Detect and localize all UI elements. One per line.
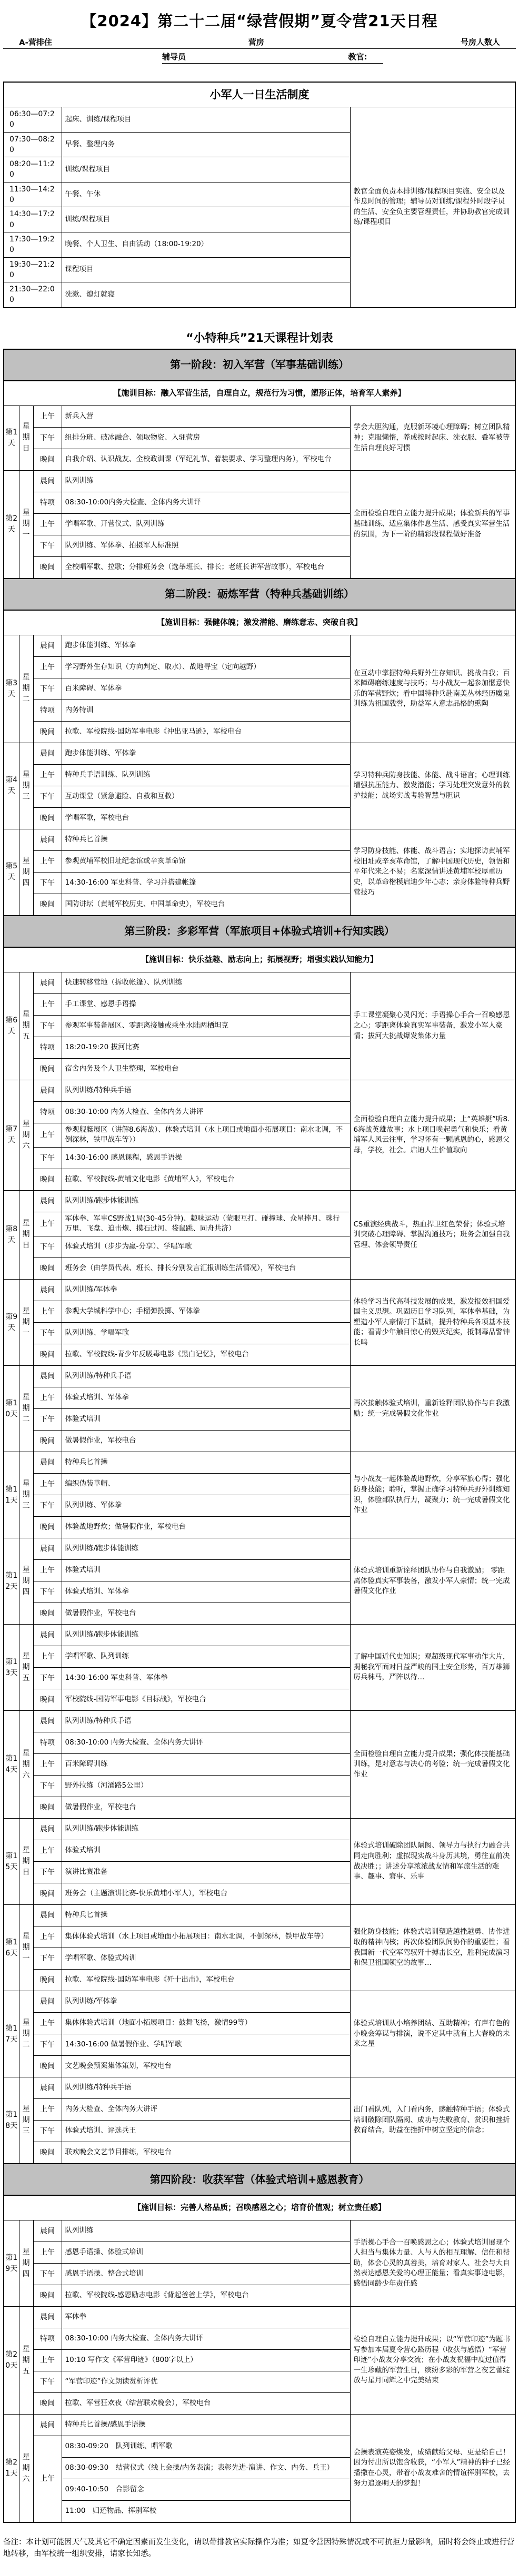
activity-cell: 体验战地野炊；做暑假作业，军校电台	[62, 1517, 350, 1538]
period-cell: 晚间	[33, 556, 62, 579]
period-cell: 特项	[33, 699, 62, 721]
activity-cell: 特种兵手语训练、队列训练	[62, 764, 350, 786]
note-cell: 学习特种兵防身技能、体能、战斗语言；心理训练增强抗压能力、激发潜能；学习处理突发…	[350, 743, 515, 829]
activity-cell: 队列训练/跑步体能训练	[62, 1538, 350, 1560]
note-cell: 全面检验自理自立能力提升成果；上“英雄艇”听8.6海战英雄故事；水上项目唤起勇气…	[350, 1080, 515, 1190]
activity-cell: 拉歌、军校院线-感恩励志电影《背起爸爸上学》，军校电台	[62, 2285, 350, 2307]
activity-cell: 内务大检查、全体内务大讲评	[62, 2099, 350, 2121]
activity-cell: 自我介绍、认识战友、全校政训课（军纪礼节、着装要求、学习整理内务），军校电台	[62, 449, 350, 470]
activity-cell: 学习野外生存知识（方向判定、取水）、战地寻宝（定向越野）	[62, 656, 350, 678]
period-cell: 上午	[33, 2013, 62, 2034]
phase-header: 第一阶段：初入军营（军事基础训练）	[4, 349, 515, 381]
routine-activity: 午餐、午休	[62, 182, 350, 207]
period-cell: 下午	[33, 2264, 62, 2285]
period-cell: 特项	[33, 2328, 62, 2350]
phase-goal: 【施训目标：强健体魄；激发潜能、磨练意志、突破自我】	[4, 610, 515, 635]
activity-cell: 学唱军歌、队列训练	[62, 1646, 350, 1668]
activity-cell: 队列训练/军体拳	[62, 1991, 350, 2013]
week-cell: 星期五	[19, 2307, 33, 2415]
activity-cell: 跑步体能训练、军体拳	[62, 743, 350, 764]
day-cell: 第21天	[4, 2415, 19, 2523]
note-cell: 体验式培训破除团队隔阂、领导力与执行力融合共同走向胜利；虚拟现实战斗身历其境，勇…	[350, 1819, 515, 1905]
counselor-label: 辅导员	[162, 51, 186, 62]
instructor-label: 教官:	[348, 51, 367, 62]
plan-footnote: 备注：本计划可能因天气及其它不确定因素而发生变化，请以带排教官实际操作为准；如夏…	[3, 2537, 516, 2560]
fill-field-room: 号房	[461, 36, 476, 47]
day-cell: 第17天	[4, 1991, 19, 2077]
routine-title-row: 小军人一日生活制度	[4, 82, 515, 107]
period-cell: 晨间	[33, 470, 62, 492]
activity-cell: 08:30-10:00 内务大检查、全体内务大讲评	[62, 2328, 350, 2350]
routine-activity: 训练/课程项目	[62, 157, 350, 182]
plan-title: “小特种兵”21天课程计划表	[3, 329, 516, 346]
activity-cell: 体验式培训、评选兵王	[62, 2121, 350, 2142]
period-cell: 晚间	[33, 1603, 62, 1625]
activity-cell: “军营印迹”作文朗读赏析评优	[62, 2371, 350, 2393]
period-cell: 上午	[33, 1560, 62, 1581]
period-cell: 晚间	[33, 1797, 62, 1819]
period-cell: 晚间	[33, 1344, 62, 1366]
activity-cell: 队列训练/特种兵手语	[62, 1080, 350, 1101]
routine-body: 小军人一日生活制度 06:30—07:20起床、训练/课程项目教官全面负责本排训…	[4, 82, 515, 308]
routine-time: 11:30—14:20	[4, 182, 62, 207]
activity-cell: 特种兵匕首操	[62, 1452, 350, 1474]
activity-cell: 队列训练/跑步体能训练	[62, 1190, 350, 1212]
day-cell: 第9天	[4, 1280, 19, 1366]
fill-field-barracks: 营房	[52, 36, 461, 47]
day-cell: 第5天	[4, 829, 19, 916]
document-title: 【2024】第二十二届“绿营假期”夏令营21天日程	[3, 9, 516, 31]
week-cell: 星期二	[19, 1366, 33, 1452]
activity-cell: 拉歌、军校院线-青少年反吸毒电影《黑白记忆》，军校电台	[62, 1344, 350, 1366]
fill-field-live: 住	[44, 36, 52, 47]
routine-time: 14:30—17:20	[4, 207, 62, 232]
activity-cell: 体验式培训	[62, 1409, 350, 1431]
activity-cell: 拉歌、军营狂欢夜（结营联欢晚会），军校电台	[62, 2393, 350, 2415]
activity-cell: 队列训练、军体拳、拍摄军人标准照	[62, 535, 350, 556]
period-cell: 下午	[33, 2121, 62, 2142]
activity-cell: 全校唱军歌、拉歌；分排班务会（选举班长、排长；老班长讲军营故事），军校电台	[62, 556, 350, 579]
routine-time: 19:30—21:20	[4, 257, 62, 282]
period-cell: 晚间	[33, 449, 62, 470]
period-cell: 晚间	[33, 1169, 62, 1190]
plan-table: 第一阶段：初入军营（军事基础训练）【施训目标：融入军营生活，自理自立，规范行为习…	[3, 349, 516, 2523]
note-cell: 学习防身技能、体能、战斗语言；实地探访黄埔军校旧址或辛亥革命馆，了解中国现代历史…	[350, 829, 515, 916]
activity-cell: 感恩手语操、体验式培训	[62, 2242, 350, 2264]
phase-header: 第三阶段：多彩军营（军旅项目+体验式培训+行知实践）	[4, 916, 515, 947]
activity-cell: 08:30-10:00内务大检查、全体内务大讲评	[62, 492, 350, 513]
period-cell: 晚间	[33, 1258, 62, 1280]
day-cell: 第11天	[4, 1452, 19, 1538]
period-cell: 晚间	[33, 1883, 62, 1905]
period-cell: 晨间	[33, 1819, 62, 1840]
period-cell: 下午	[33, 1581, 62, 1603]
activity-cell: 参观大学城科学中心；手榴弹投掷、军体拳	[62, 1301, 350, 1323]
week-cell: 星期六	[19, 1711, 33, 1819]
fill-field-count: 人数	[476, 36, 492, 47]
day-cell: 第7天	[4, 1080, 19, 1190]
period-cell: 晨间	[33, 1711, 62, 1732]
routine-time: 08:20—11:20	[4, 157, 62, 182]
activity-cell: 百米障碍训练	[62, 1754, 350, 1776]
note-cell: 全面检验自理自立能力提升成果；体验新兵的军事基础训练、适应集体作息生活、感受真实…	[350, 470, 515, 579]
period-cell: 晚间	[33, 807, 62, 829]
period-cell: 上午	[33, 405, 62, 427]
period-cell: 晨间	[33, 1280, 62, 1301]
routine-activity: 洗漱、熄灯就寝	[62, 282, 350, 308]
note-cell: 体验式培训从小培养团结、互助精神；有声有色的小晚会筹谋与排演，说不定其中就有上大…	[350, 1991, 515, 2077]
day-cell: 第1天	[4, 405, 19, 470]
period-cell: 晨间	[33, 1538, 62, 1560]
period-cell: 下午	[33, 1147, 62, 1169]
routine-note: 教官全面负责本排训练/课程项目实施、安全以及作息时间的管理；辅导员对训练/课程外…	[350, 107, 515, 308]
daily-routine-table: 小军人一日生活制度 06:30—07:20起床、训练/课程项目教官全面负责本排训…	[3, 82, 516, 308]
activity-cell: 18:20-19:20 拔河比赛	[62, 1037, 350, 1058]
activity-cell: 14:30-16:00 感恩课程，感恩手语操	[62, 1147, 350, 1169]
period-cell: 下午	[33, 1495, 62, 1517]
activity-cell: 队列训练/特种兵手语	[62, 1711, 350, 1732]
day-cell: 第16天	[4, 1905, 19, 1991]
activity-cell: 特种兵匕首操	[62, 1905, 350, 1926]
week-cell: 星期二	[19, 1991, 33, 2077]
activity-cell: 军体拳、军事CS野战1局(30-45分钟)、趣味运动（蒙眼互打、碰撞球、众星捧月…	[62, 1212, 350, 1236]
note-cell: 手工课堂凝聚心灵闪光；手语操心手合一召唤感恩之心；零距离体验真实军事装备，激发小…	[350, 972, 515, 1080]
activity-cell: 队列训练/跑步体能训练	[62, 1625, 350, 1646]
period-cell: 下午	[33, 1948, 62, 1970]
period-cell: 下午	[33, 1015, 62, 1037]
activity-cell: 做暑假作业，军校电台	[62, 1603, 350, 1625]
period-cell: 晨间	[33, 743, 62, 764]
note-cell: 会操表演英姿焕发，成绩献给父母、更是给自己！因为付出所以饱含收获，“小军人”精神…	[350, 2415, 515, 2523]
activity-cell: 百米障碍、军体拳	[62, 678, 350, 699]
period-cell: 上午	[33, 1474, 62, 1495]
activity-cell: 队列训练/特种兵手语	[62, 1366, 350, 1387]
period-cell: 晨间	[33, 1905, 62, 1926]
phase-goal: 【施训目标：完善人格品质；召唤感恩之心；培育价值观；树立责任感】	[4, 2195, 515, 2220]
week-cell: 星期四	[19, 829, 33, 916]
activity-cell: 10:10 写作文《军营印迹》（800字以上）	[62, 2350, 350, 2371]
week-cell: 星期四	[19, 1538, 33, 1625]
period-cell: 晚间	[33, 1689, 62, 1711]
activity-cell: 队列训练、军体拳	[62, 1495, 350, 1517]
note-cell: 体验学习当代高科技发展的成果，激发报效祖国爱国主义思想。巩固历日学习队列，军体拳…	[350, 1280, 515, 1366]
activity-cell: 军体拳	[62, 2307, 350, 2328]
activity-cell: 08:30-09:30 结营仪式（线上会操/内务表演；表彰先进-演讲、作文、内务…	[62, 2458, 350, 2479]
activity-cell: 体验式培训	[62, 1560, 350, 1581]
activity-cell: 队列训练	[62, 470, 350, 492]
fill-field-camp: 营	[28, 36, 36, 47]
period-cell: 下午	[33, 427, 62, 449]
period-cell: 上午	[33, 993, 62, 1015]
week-cell: 星期二	[19, 635, 33, 743]
day-cell: 第14天	[4, 1711, 19, 1819]
period-cell: 下午	[33, 786, 62, 807]
activity-cell: 集体体验式培训（地面小拓展项目：鼓舞飞扬，激情99等）	[62, 2013, 350, 2034]
activity-cell: 特种兵匕首操/感恩手语操	[62, 2415, 350, 2436]
period-cell: 下午	[33, 1668, 62, 1689]
fill-field-a: A-	[19, 38, 28, 47]
day-cell: 第8天	[4, 1190, 19, 1279]
routine-activity: 晚餐、个人卫生、自由活动（18:00-19:20）	[62, 232, 350, 257]
period-cell: 晚间	[33, 721, 62, 743]
note-cell: 强化防身技能；体验式培训塑造越挫越勇、协作进取的精神内核；再次体验团队间协作的重…	[350, 1905, 515, 1991]
period-cell: 上午	[33, 2242, 62, 2264]
header-fill-line: A- 营 排 住 营房 号房 人数 人	[3, 36, 516, 49]
activity-cell: 体验式培训（步步为赢-分享）、学唱军歌	[62, 1236, 350, 1258]
activity-cell: 09:40-10:50 合影留念	[62, 2479, 350, 2501]
activity-cell: 互动课堂（紧急避险、自救和互救）	[62, 786, 350, 807]
activity-cell: 参观军事装备展区、零距离接触或乘坐水陆两栖坦克	[62, 1015, 350, 1037]
period-cell: 下午	[33, 2371, 62, 2393]
activity-cell: 学唱军歌、开营仪式、队列训练	[62, 513, 350, 535]
period-cell: 上午	[33, 513, 62, 535]
activity-cell: 08:30-09:20 队列训练、唱军歌	[62, 2436, 350, 2458]
activity-cell: 演讲比赛准备	[62, 1862, 350, 1883]
period-cell: 晚间	[33, 2142, 62, 2164]
activity-cell: 08:30-10:00 内务大检查、全体内务大讲评	[62, 1732, 350, 1754]
plan-body: 第一阶段：初入军营（军事基础训练）【施训目标：融入军营生活，自理自立，规范行为习…	[4, 349, 515, 2522]
phase-goal: 【施训目标：融入军营生活，自理自立，规范行为习惯，塑形正体，培育军人素养】	[4, 381, 515, 406]
activity-cell: 队列训练/特种兵手语	[62, 2077, 350, 2099]
period-cell: 下午	[33, 2034, 62, 2056]
activity-cell: 11:00 归还物品、挥别军校	[62, 2501, 350, 2523]
week-cell: 星期四	[19, 2220, 33, 2307]
week-cell: 星期日	[19, 1190, 33, 1279]
day-cell: 第15天	[4, 1819, 19, 1905]
period-cell: 下午	[33, 535, 62, 556]
activity-cell: 14:30-16:00 军史科普、军体拳	[62, 1668, 350, 1689]
activity-cell: 集体体验式培训（水上项目或地面小拓展项目：南水北调，不倒深林，铁甲战车等）	[62, 1926, 350, 1948]
period-cell: 特项	[33, 1037, 62, 1058]
note-cell: 手语操心手合一召唤感恩之心；体验式培训展现个人担当与集体力量、人与人的相互理解、…	[350, 2220, 515, 2307]
activity-cell: 队列训练/跑步体能训练	[62, 1819, 350, 1840]
week-cell: 星期五	[19, 972, 33, 1080]
activity-cell: 组排分班、破冰融合、领取物资、入驻营房	[62, 427, 350, 449]
activity-cell: 班务会（由学员代表、班长、排长分别发言汇报训练生活情况），军校电台	[62, 1258, 350, 1280]
routine-time: 21:30—22:00	[4, 282, 62, 308]
week-cell: 星期三	[19, 2077, 33, 2164]
period-cell: 上午	[33, 1926, 62, 1948]
period-cell: 下午	[33, 872, 62, 894]
period-cell: 上午	[33, 1646, 62, 1668]
period-cell: 晨间	[33, 2307, 62, 2328]
fill-field-person: 人	[492, 36, 500, 47]
note-cell: 全面检验自理自立能力提升成果；强化体技能基础训练，是对意志与决心的考验；统一完成…	[350, 1711, 515, 1819]
note-cell: 在互动中掌握特种兵野外生存知识、挑战自我；百米障碍磨练速度与技巧；与小战友一起参…	[350, 635, 515, 743]
period-cell: 上午	[33, 2436, 62, 2523]
period-cell: 上午	[33, 2350, 62, 2371]
period-cell: 晚间	[33, 1058, 62, 1080]
period-cell: 上午	[33, 1123, 62, 1147]
phase-goal: 【施训目标：快乐益趣、励志向上；拓展视野；增强实践认知能力】	[4, 947, 515, 972]
activity-cell: 感恩手语操、整合式培训	[62, 2264, 350, 2285]
note-cell: 与小战友一起体验战地野炊，分享军旅心得；强化防身技能；聆听，掌握正确学习特种兵野…	[350, 1452, 515, 1538]
activity-cell: 14:30-16:00 做暑假作业、学唱军歌	[62, 2034, 350, 2056]
activity-cell: 宿舍内务及个人卫生整理，军校电台	[62, 1058, 350, 1080]
period-cell: 晨间	[33, 2415, 62, 2436]
activity-cell: 08:30-10:00 内务大检查、全体内务大讲评	[62, 1101, 350, 1123]
activity-cell: 队列训练、学唱军歌	[62, 1323, 350, 1344]
period-cell: 上午	[33, 1840, 62, 1862]
routine-activity: 早餐、整理内务	[62, 132, 350, 157]
activity-cell: 体验式培训、军体拳	[62, 1581, 350, 1603]
activity-cell: 特种兵匕首操	[62, 829, 350, 850]
period-cell: 下午	[33, 1323, 62, 1344]
activity-cell: 班务会（主题演讲比赛-快乐黄埔小军人），军校电台	[62, 1883, 350, 1905]
period-cell: 晚间	[33, 1970, 62, 1991]
period-cell: 上午	[33, 850, 62, 872]
period-cell: 晨间	[33, 1991, 62, 2013]
period-cell: 上午	[33, 1387, 62, 1409]
period-cell: 下午	[33, 1862, 62, 1883]
routine-row: 06:30—07:20起床、训练/课程项目教官全面负责本排训练/课程项目实施、安…	[4, 107, 515, 133]
activity-cell: 做暑假作业，军校电台	[62, 1431, 350, 1452]
period-cell: 上午	[33, 656, 62, 678]
note-cell: CS重演经典战斗，热血捍卫红色荣誉；体验式培训突破心理障碍、掌握沟通技巧；班务会…	[350, 1190, 515, 1279]
week-cell: 星期一	[19, 470, 33, 579]
header-fill-line-2: 辅导员 教官:	[3, 49, 516, 64]
routine-time: 07:30—08:20	[4, 132, 62, 157]
routine-activity: 训练/课程项目	[62, 207, 350, 232]
activity-cell: 国防讲坛（黄埔军校历史、中国革命史），军校电台	[62, 894, 350, 916]
day-cell: 第4天	[4, 743, 19, 829]
activity-cell: 队列训练	[62, 2220, 350, 2242]
period-cell: 上午	[33, 764, 62, 786]
period-cell: 特项	[33, 1101, 62, 1123]
routine-activity: 课程项目	[62, 257, 350, 282]
activity-cell: 文艺晚会预案集体策划，军校电台	[62, 2056, 350, 2077]
period-cell: 上午	[33, 1754, 62, 1776]
period-cell: 晚间	[33, 2393, 62, 2415]
routine-time: 17:30—19:20	[4, 232, 62, 257]
activity-cell: 内务特训	[62, 699, 350, 721]
period-cell: 晚间	[33, 2056, 62, 2077]
period-cell: 晨间	[33, 1190, 62, 1212]
period-cell: 晚间	[33, 1431, 62, 1452]
note-cell: 了解中国近代史知识；观超级现代军事动作大片，揭秘我军面对日益严峻的国土安全形势，…	[350, 1625, 515, 1711]
period-cell: 晨间	[33, 1080, 62, 1101]
period-cell: 晨间	[33, 2220, 62, 2242]
week-cell: 星期六	[19, 1080, 33, 1190]
note-cell: 学会大胆沟通，克服新环境心理障碍；树立团队精神；克服懒惰，养成按时起床、洗衣服、…	[350, 405, 515, 470]
note-cell: 出门看队列，入门看内务，感触特种手语；体验式培训破除团队隔阂、成功与失败教育、赏…	[350, 2077, 515, 2164]
week-cell: 星期日	[19, 405, 33, 470]
period-cell: 晨间	[33, 972, 62, 993]
week-cell: 星期一	[19, 1905, 33, 1991]
day-cell: 第12天	[4, 1538, 19, 1625]
day-cell: 第18天	[4, 2077, 19, 2164]
phase-header: 第二阶段：砺炼军营（特种兵基础训练）	[4, 579, 515, 610]
day-cell: 第20天	[4, 2307, 19, 2415]
activity-cell: 联欢晚会文艺节目排练，军校电台	[62, 2142, 350, 2164]
day-cell: 第6天	[4, 972, 19, 1080]
period-cell: 上午	[33, 1301, 62, 1323]
activity-cell: 参观舰艇展区（讲解8.6海战）、体验式培训（水上项目或地面小拓展项目：南水北调，…	[62, 1123, 350, 1147]
period-cell: 晚间	[33, 1517, 62, 1538]
period-cell: 特项	[33, 492, 62, 513]
fill-field-platoon: 排	[36, 36, 44, 47]
period-cell: 晨间	[33, 1452, 62, 1474]
period-cell: 晨间	[33, 1366, 62, 1387]
activity-cell: 军校院线-国防军事电影《目标战》，军校电台	[62, 1689, 350, 1711]
activity-cell: 快速转移营地（拆收帐篷）、队列训练	[62, 972, 350, 993]
activity-cell: 编织伪装草帽、	[62, 1474, 350, 1495]
activity-cell: 新兵入营	[62, 405, 350, 427]
period-cell: 晚间	[33, 2285, 62, 2307]
activity-cell: 手工课堂、感恩手语操	[62, 993, 350, 1015]
week-cell: 星期五	[19, 1625, 33, 1711]
week-cell: 星期六	[19, 2415, 33, 2523]
activity-cell: 学唱军歌，军校电台	[62, 807, 350, 829]
period-cell: 下午	[33, 678, 62, 699]
period-cell: 晨间	[33, 1625, 62, 1646]
note-cell: 体验式培训重新诠释团队协作与自我激励； 零距离体验真实军事装备，激发小军人豪情；…	[350, 1538, 515, 1625]
activity-cell: 体验式培训、军体拳	[62, 1387, 350, 1409]
document-page: 【2024】第二十二届“绿营假期”夏令营21天日程 A- 营 排 住 营房 号房…	[0, 0, 519, 2576]
activity-cell: 拉歌、军校院线-国防军事电影《冲出亚马逊》，军校电台	[62, 721, 350, 743]
week-cell: 星期三	[19, 1452, 33, 1538]
period-cell: 上午	[33, 2099, 62, 2121]
activity-cell: 队列训练/军体拳	[62, 1280, 350, 1301]
activity-cell: 野外拉练（河涌路5公里）	[62, 1776, 350, 1797]
activity-cell: 14:30-16:00 军史科普、学习并搭建帐篷	[62, 872, 350, 894]
routine-activity: 起床、训练/课程项目	[62, 107, 350, 133]
day-cell: 第19天	[4, 2220, 19, 2307]
day-cell: 第3天	[4, 635, 19, 743]
activity-cell: 拉歌、军校院线-国防军事电影《歼十出击》，军校电台	[62, 1970, 350, 1991]
day-cell: 第13天	[4, 1625, 19, 1711]
note-cell: 检验自理自立能力提升成果；以“军营印迹”为题书写参加本届夏令营心路历程（收获与感…	[350, 2307, 515, 2415]
activity-cell: 参观黄埔军校旧址纪念馆或辛亥革命馆	[62, 850, 350, 872]
period-cell: 晚间	[33, 894, 62, 916]
routine-title: 小军人一日生活制度	[4, 82, 515, 107]
period-cell: 下午	[33, 1776, 62, 1797]
activity-cell: 拉歌、军校院线-黄埔文化电影《黄埔军人》，军校电台	[62, 1169, 350, 1190]
period-cell: 晨间	[33, 2077, 62, 2099]
day-cell: 第2天	[4, 470, 19, 579]
note-cell: 再次接触体验式培训，重新诠释团队协作与自我激励；统一完成暑假文化作业	[350, 1366, 515, 1452]
day-cell: 第10天	[4, 1366, 19, 1452]
period-cell: 晨间	[33, 635, 62, 656]
period-cell: 下午	[33, 1409, 62, 1431]
period-cell: 晨间	[33, 829, 62, 850]
week-cell: 星期三	[19, 743, 33, 829]
phase-header: 第四阶段：收获军营（体验式培训+感恩教育）	[4, 2164, 515, 2195]
week-cell: 星期一	[19, 1280, 33, 1366]
activity-cell: 体验式培训	[62, 1840, 350, 1862]
period-cell: 下午	[33, 1236, 62, 1258]
activity-cell: 学唱军歌、体验式培训	[62, 1948, 350, 1970]
week-cell: 星期日	[19, 1819, 33, 1905]
activity-cell: 做暑假作业，军校电台	[62, 1797, 350, 1819]
activity-cell: 跑步体能训练、军体拳	[62, 635, 350, 656]
period-cell: 特项	[33, 1732, 62, 1754]
routine-time: 06:30—07:20	[4, 107, 62, 133]
period-cell: 上午	[33, 1212, 62, 1236]
